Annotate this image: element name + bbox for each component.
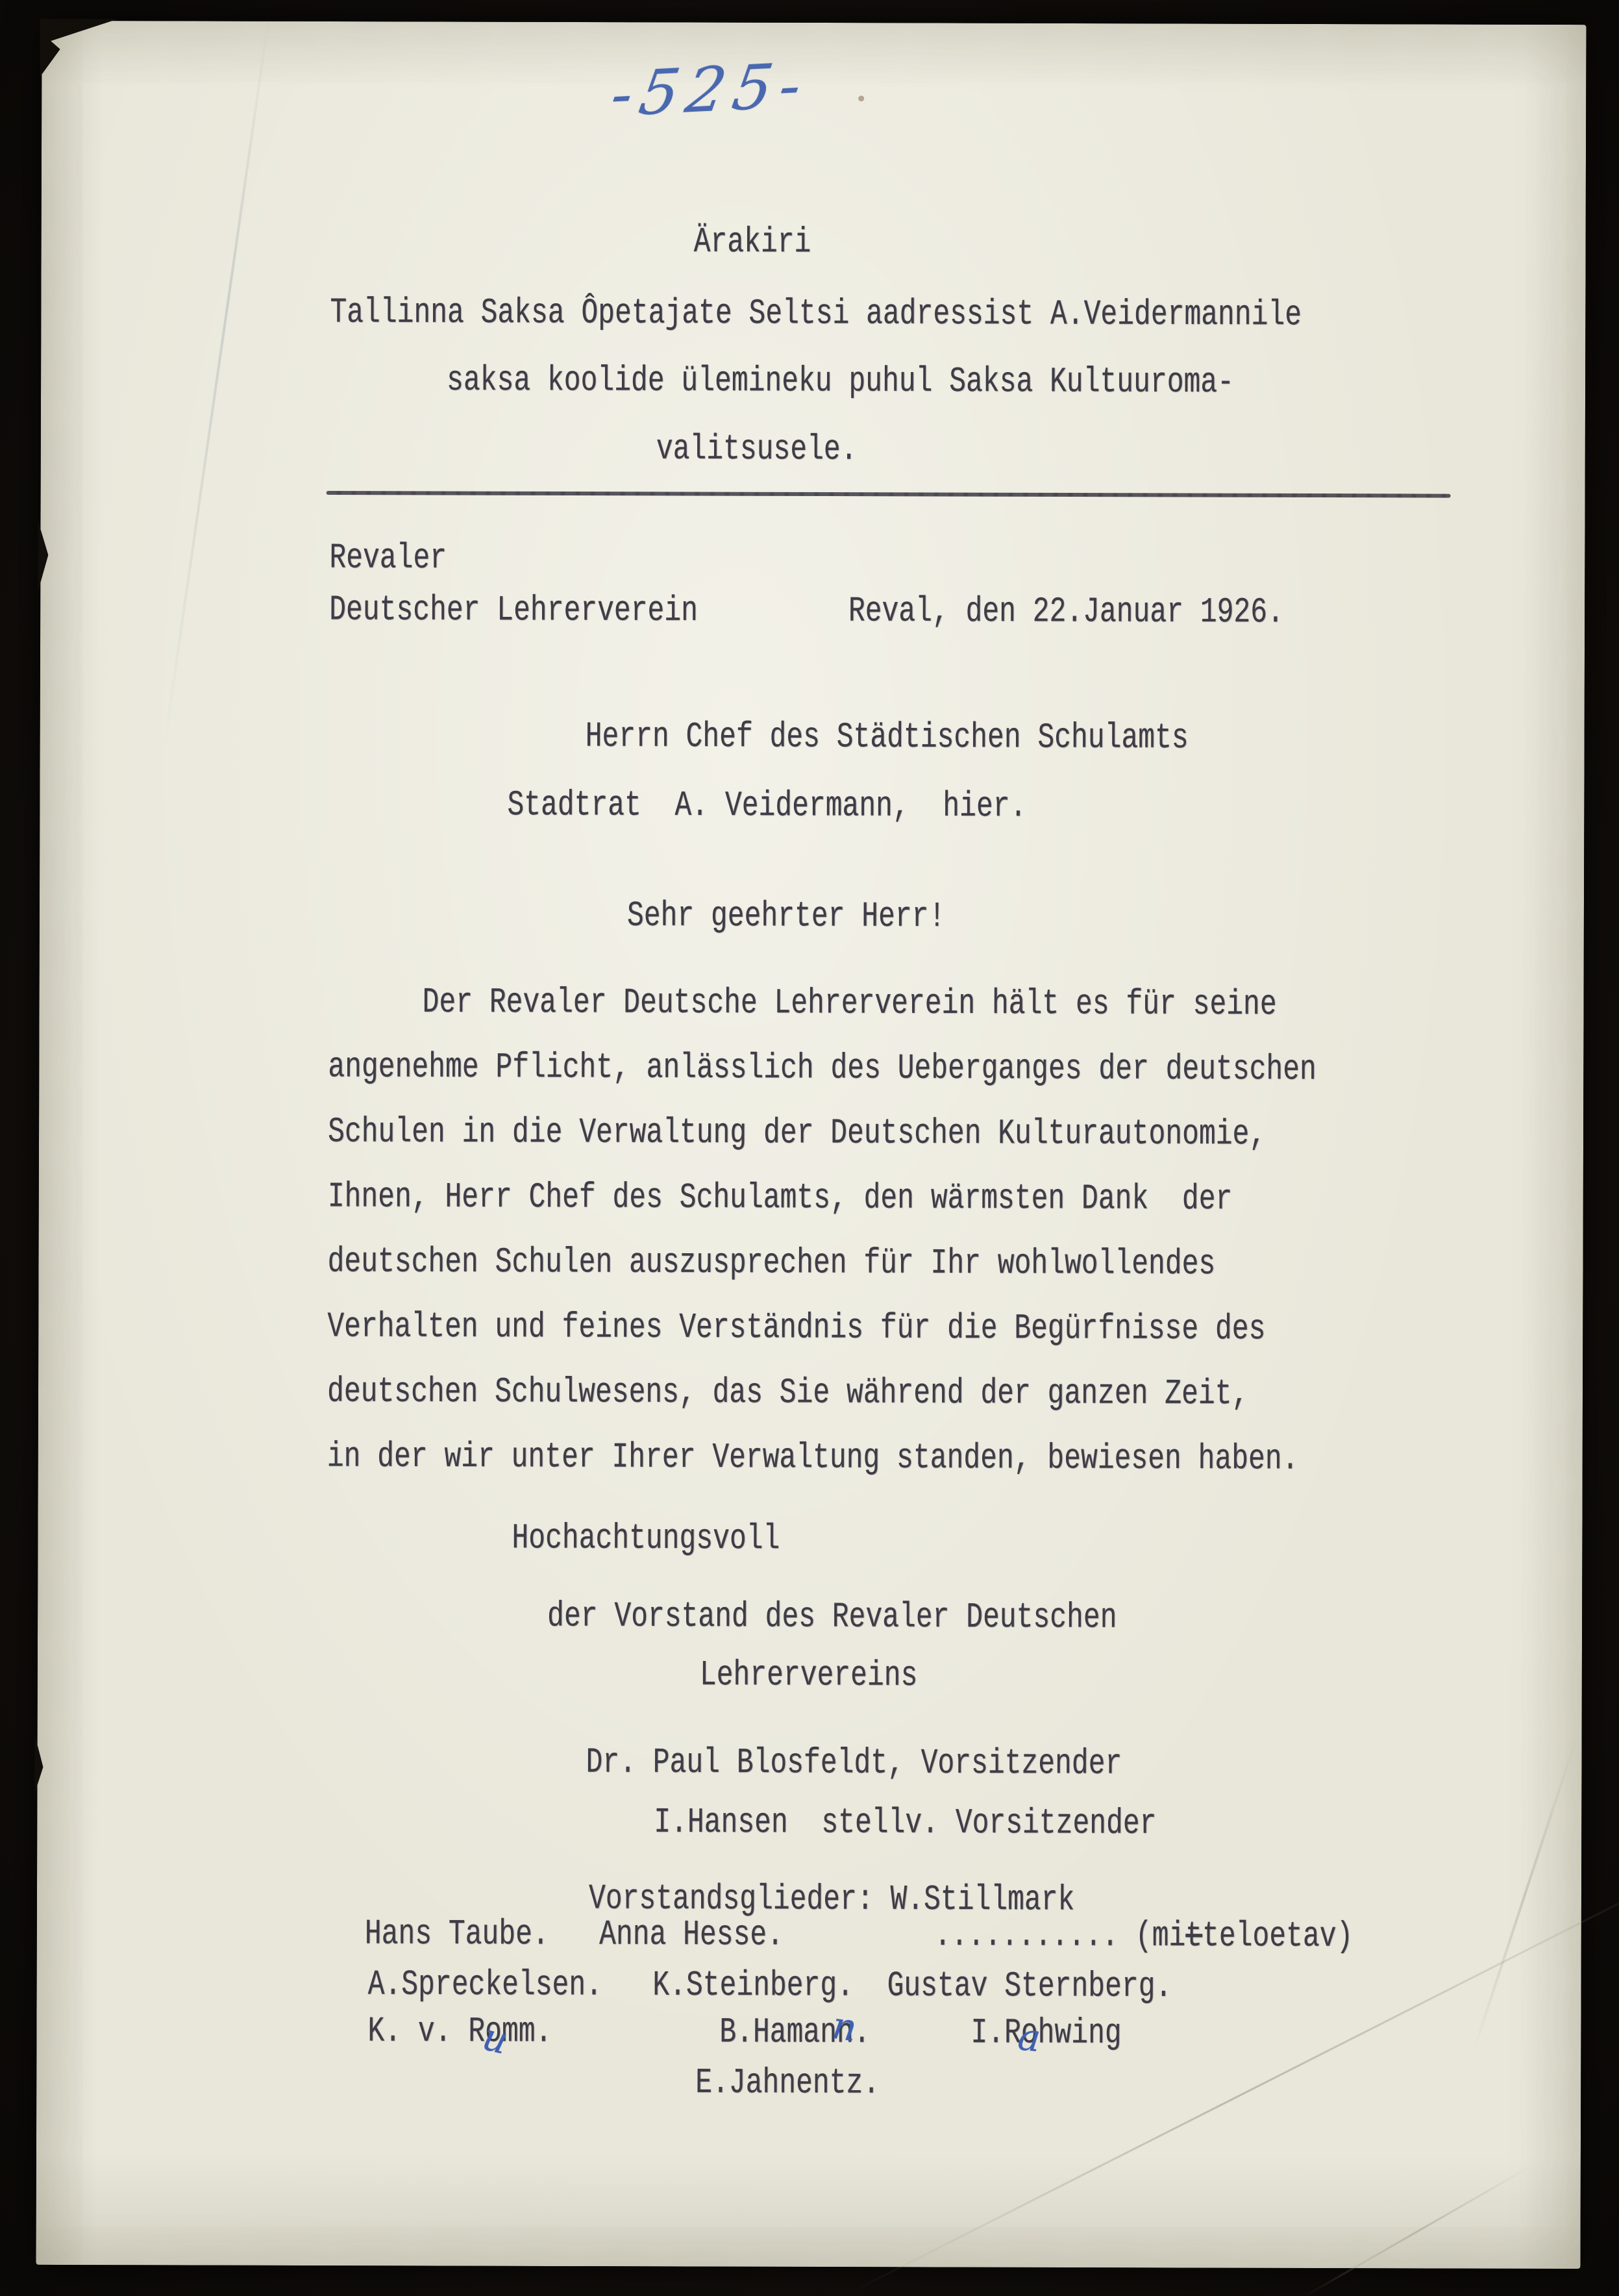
valediction: Hochachtungsvoll <box>512 1519 780 1559</box>
recipient-line-2: Stadtrat A. Veidermann, hier. <box>507 786 1026 827</box>
signature-row-2: A.Spreckelsen. K.Steinberg. Gustav Stern… <box>368 1965 1172 2006</box>
board-line-2: Lehrervereins <box>700 1656 918 1696</box>
body-line: deutschen Schulwesens, das Sie während d… <box>327 1372 1248 1414</box>
heading-line-2: saksa koolide ülemineku puhul Saksa Kult… <box>447 361 1234 403</box>
torn-corner <box>40 19 117 77</box>
vice-chairman-signature-line: I.Hansen stellv. Vorsitzender <box>654 1803 1156 1843</box>
salutation: Sehr geehrter Herr! <box>627 896 945 936</box>
scan-background: -525- Ärakiri Tallinna Saksa Ôpetajate S… <box>0 0 1619 2296</box>
chairman-signature-line: Dr. Paul Blosfeldt, Vorsitzender <box>586 1743 1122 1784</box>
signature-row-1: Hans Taube. Anna Hesse. ........... (mit… <box>365 1914 1353 1956</box>
overstruck-letter: t <box>1185 1915 1202 1956</box>
body-line: deutschen Schulen auszusprechen für Ihr … <box>327 1242 1215 1284</box>
body-line: angenehme Pflicht, anlässlich des Ueberg… <box>328 1047 1316 1090</box>
letterhead-org-line-1: Revaler <box>329 538 447 578</box>
body-line: Der Revaler Deutsche Lehrerverein hält e… <box>422 982 1276 1024</box>
paper-crease <box>847 1901 1619 2295</box>
body-line: Schulen in die Verwaltung der Deutschen … <box>328 1112 1266 1154</box>
letterhead-org-line-2: Deutscher Lehrerverein <box>329 590 698 631</box>
paper-crease <box>1471 1734 1579 2055</box>
paper-crease <box>164 5 272 745</box>
handwritten-page-number: -525- <box>606 50 814 131</box>
heading-underline-rule <box>327 491 1451 498</box>
torn-edge-notch <box>38 521 48 592</box>
signature-row-1-text: Hans Taube. Anna Hesse. ........... (mi <box>365 1914 1186 1956</box>
heading-line-1: Tallinna Saksa Ôpetajate Seltsi aadressi… <box>330 293 1302 335</box>
copy-label: Ärakiri <box>694 223 811 262</box>
torn-edge-notch <box>34 1735 43 1793</box>
body-line: Ihnen, Herr Chef des Schulamts, den wärm… <box>328 1177 1233 1219</box>
letterhead-org-date-line: Deutscher LehrervereinReval, den 22.Janu… <box>329 590 1284 632</box>
paper-speck <box>858 95 864 101</box>
board-line-1: der Vorstand des Revaler Deutschen <box>547 1597 1117 1638</box>
paper-crease <box>1302 2166 1530 2296</box>
letter-dateline: Reval, den 22.Januar 1926. <box>848 591 1284 632</box>
signature-row-1-rest: teloetav) <box>1202 1915 1353 1956</box>
heading-line-3: valitsusele. <box>656 429 858 469</box>
body-line: Verhalten und feines Verständnis für die… <box>327 1307 1265 1349</box>
ink-correction-rohwing: a <box>1016 2014 1043 2060</box>
recipient-line-1: Herrn Chef des Städtischen Schulamts <box>586 717 1189 758</box>
signature-row-4: E.Jahnentz. <box>695 2064 880 2104</box>
body-line: in der wir unter Ihrer Verwaltung stande… <box>327 1437 1299 1479</box>
letter-page: -525- Ärakiri Tallinna Saksa Ôpetajate S… <box>36 21 1586 2269</box>
